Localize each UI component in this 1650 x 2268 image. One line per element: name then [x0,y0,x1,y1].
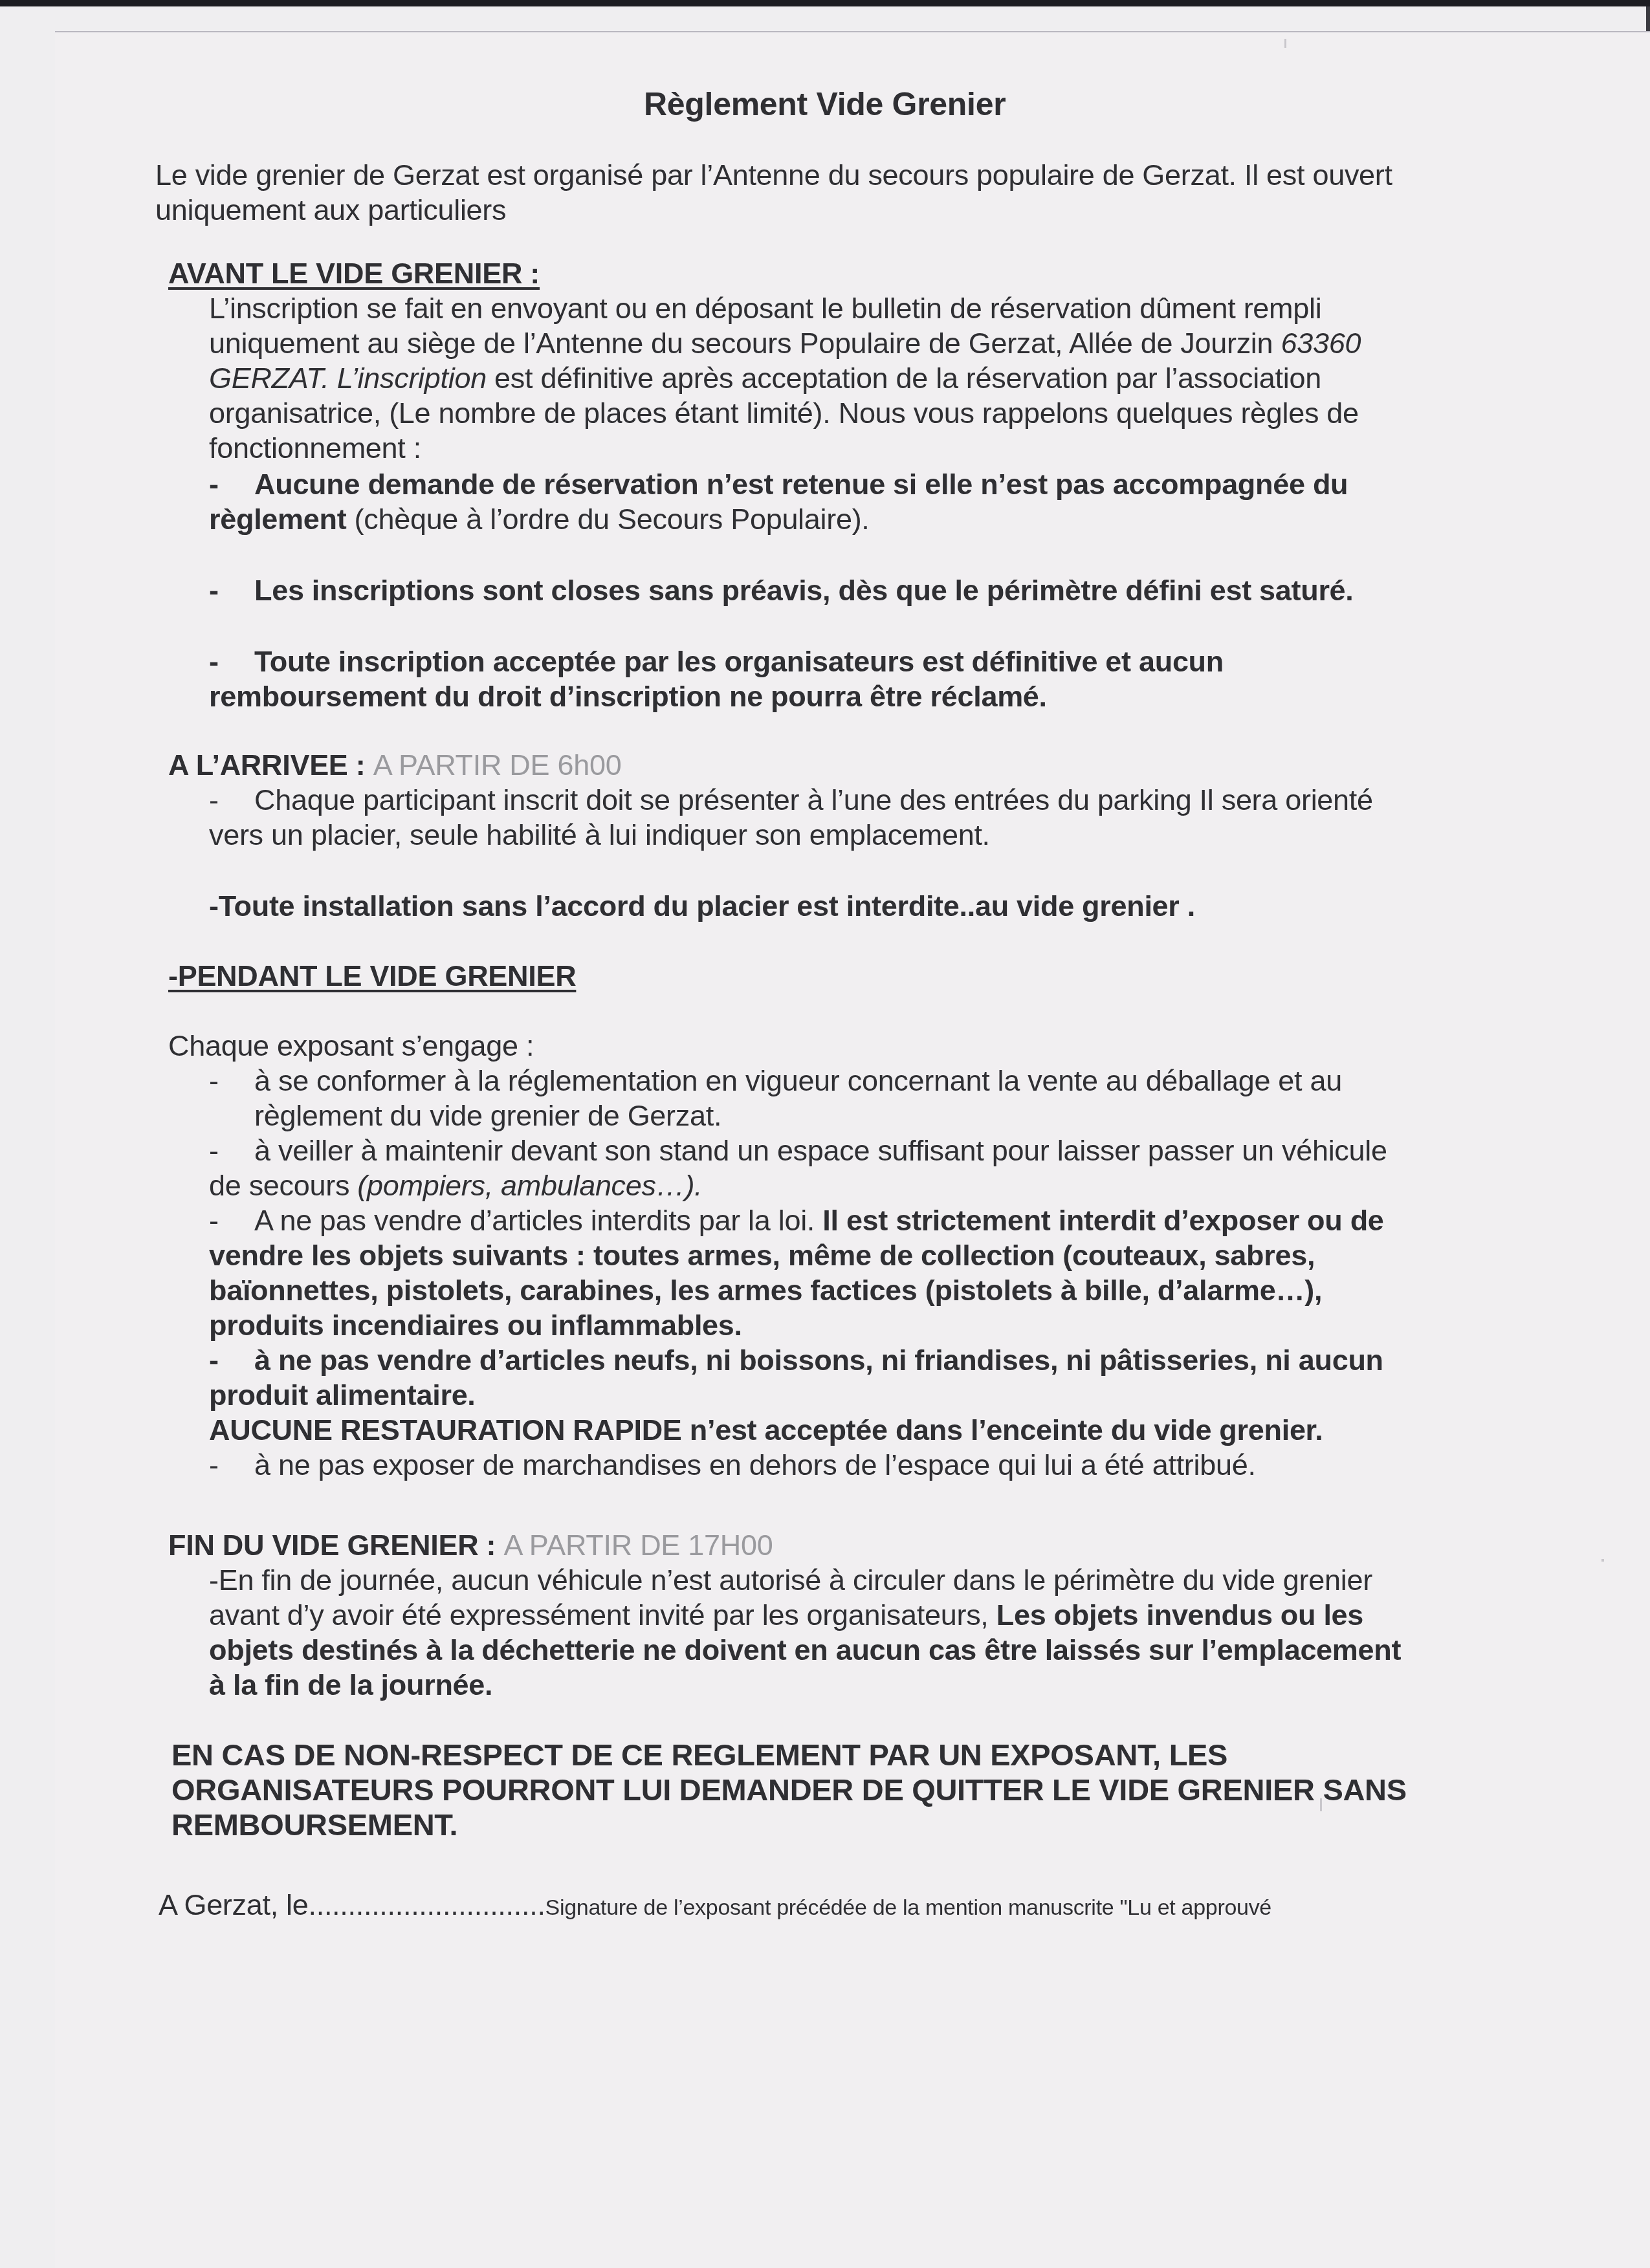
pendant-item-3-line-4: produits incendiaires ou inflammables. [209,1308,742,1343]
avant-rule-2: -Les inscriptions sont closes sans préav… [209,573,1354,608]
warning-line-2: ORGANISATEURS POURRONT LUI DEMANDER DE Q… [171,1772,1407,1807]
intro-line-2: uniquement aux particuliers [155,193,506,228]
avant-rule-3-line-2: remboursement du droit d’inscription ne … [209,679,1047,714]
document-page: Règlement Vide Grenier Le vide grenier d… [55,31,1650,2268]
avant-paragraph-line-1: L’inscription se fait en envoyant ou en … [209,291,1321,326]
section-heading-fin: FIN DU VIDE GRENIER : A PARTIR DE 17H00 [168,1528,773,1563]
fin-paragraph-line-3: objets destinés à la déchetterie ne doiv… [209,1633,1401,1668]
signature-date-blank: .............................. [309,1888,545,1921]
bullet-dash: - [209,783,254,818]
bullet-dash: - [209,1343,254,1378]
pendant-item-3-line-1: -A ne pas vendre d’articles interdits pa… [209,1203,1384,1238]
bullet-dash: - [209,1133,254,1168]
pendant-item-3-line-3: baïonnettes, pistolets, carabines, les a… [209,1273,1322,1308]
bullet-dash: - [209,1448,254,1483]
arrivee-paragraph-line-2: vers un placier, seule habilité à lui in… [209,818,990,853]
scan-speck [1284,39,1286,48]
pendant-item-4-line-1: -à ne pas vendre d’articles neufs, ni bo… [209,1343,1383,1378]
fin-paragraph-line-2: avant d’y avoir été expressément invité … [209,1598,1363,1633]
signature-place-date: A Gerzat, le [159,1888,309,1921]
avant-paragraph-line-4: organisatrice, (Le nombre de places étan… [209,396,1359,431]
scan-speck [1601,1559,1604,1562]
pendant-item-2-line-1: -à veiller à maintenir devant son stand … [209,1133,1387,1168]
pendant-item-1-line-1: -à se conformer à la réglementation en v… [209,1063,1342,1098]
document-title: Règlement Vide Grenier [644,87,1006,122]
fin-paragraph-line-1: -En fin de journée, aucun véhicule n’est… [209,1563,1372,1598]
intro-line-1: Le vide grenier de Gerzat est organisé p… [155,158,1392,193]
arrivee-time: A PARTIR DE 6h00 [373,748,622,781]
section-heading-pendant: -PENDANT LE VIDE GRENIER [168,959,576,994]
signature-line: A Gerzat, le............................… [159,1888,1271,1925]
bullet-dash: - [209,573,254,608]
avant-paragraph-line-5: fonctionnement : [209,431,421,466]
pendant-restauration: AUCUNE RESTAURATION RAPIDE n’est accepté… [209,1413,1323,1448]
avant-rule-1-line-2: règlement (chèque à l’ordre du Secours P… [209,502,870,537]
pendant-item-4-line-2: produit alimentaire. [209,1378,476,1413]
bullet-dash: - [209,1203,254,1238]
bullet-dash: - [209,1063,254,1098]
pendant-intro: Chaque exposant s’engage : [168,1029,534,1063]
pendant-item-2-line-2: de secours (pompiers, ambulances…). [209,1168,702,1203]
bullet-dash: - [209,644,254,679]
avant-rule-3-line-1: -Toute inscription acceptée par les orga… [209,644,1224,679]
avant-paragraph-line-3: GERZAT. L’inscription est définitive apr… [209,361,1321,396]
pendant-item-1-line-2: règlement du vide grenier de Gerzat. [254,1098,721,1133]
signature-label: Signature de l’exposant précédée de la m… [545,1895,1271,1920]
scan-speck [1320,1798,1322,1811]
bullet-dash: - [209,467,254,502]
warning-line-3: REMBOURSEMENT. [171,1807,457,1842]
arrivee-rule: -Toute installation sans l’accord du pla… [209,889,1195,924]
scanner-top-edge [0,0,1650,6]
avant-paragraph-line-2: uniquement au siège de l’Antenne du seco… [209,326,1361,361]
fin-time: A PARTIR DE 17H00 [503,1529,773,1562]
section-heading-arrivee: A L’ARRIVEE : A PARTIR DE 6h00 [168,748,621,783]
arrivee-paragraph-line-1: -Chaque participant inscrit doit se prés… [209,783,1373,818]
warning-line-1: EN CAS DE NON-RESPECT DE CE REGLEMENT PA… [171,1738,1227,1772]
avant-rule-1-line-1: -Aucune demande de réservation n’est ret… [209,467,1348,502]
pendant-item-5: -à ne pas exposer de marchandises en deh… [209,1448,1256,1483]
section-heading-avant: AVANT LE VIDE GRENIER : [168,256,540,291]
pendant-item-3-line-2: vendre les objets suivants : toutes arme… [209,1238,1315,1273]
fin-paragraph-line-4: à la fin de la journée. [209,1668,492,1703]
